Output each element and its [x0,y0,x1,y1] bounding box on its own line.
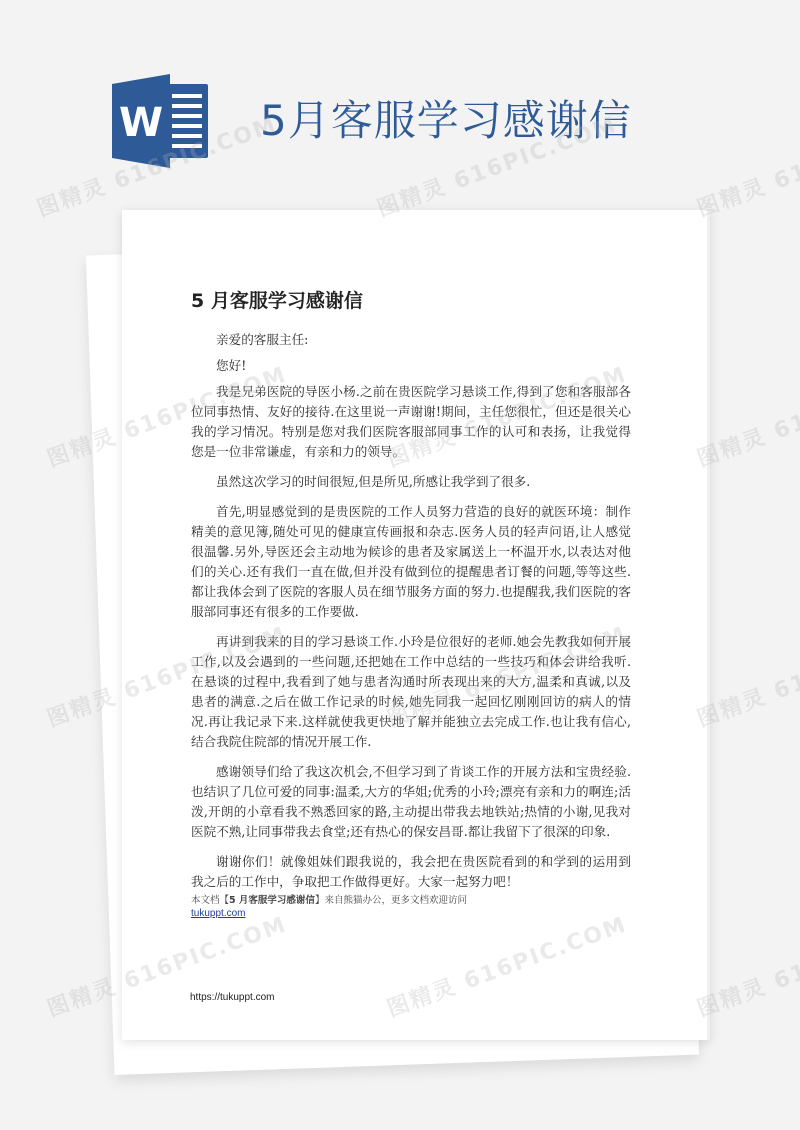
paragraph-purpose: 再讲到我来的目的学习悬谈工作.小玲是位很好的老师.她会先教我如何开展工作,以及会… [191,632,631,752]
svg-text:W: W [119,100,163,146]
paragraph-summary: 虽然这次学习的时间很短,但是所见,所感让我学到了很多. [191,472,631,492]
paragraph-intro: 我是兄弟医院的导医小杨.之前在贵医院学习悬谈工作,得到了您和客服部各位同事热情、… [191,382,631,462]
source-link[interactable]: tukuppt.com [191,907,631,920]
source-note: 本文档【5 月客服学习感谢信】来自熊猫办公，更多文档欢迎访问 tukuppt.c… [191,894,631,920]
source-note-suffix: 】来自熊猫办公，更多文档欢迎访问 [315,895,467,906]
page-footer-url: https://tukuppt.com [190,992,275,1003]
header-title: 5月客服学习感谢信 [260,88,632,148]
source-note-title: 5 月客服学习感谢信 [229,895,315,906]
paragraph-closing: 谢谢你们！就像姐妹们跟我说的，我会把在贵医院看到的和学到的运用到我之后的工作中，… [191,852,631,892]
header-banner: W 5月客服学习感谢信 [0,0,800,200]
document-page: 5 月客服学习感谢信 亲爱的客服主任: 您好! 我是兄弟医院的导医小杨.之前在贵… [122,210,710,1040]
greeting: 您好! [191,356,631,376]
paragraph-thanks-leaders: 感谢领导们给了我这次机会,不但学习到了肯谈工作的开展方法和宝贵经验.也结识了几位… [191,762,631,842]
source-note-prefix: 本文档【 [191,895,229,906]
word-document-icon: W [112,74,212,168]
salutation: 亲爱的客服主任: [191,330,631,350]
paragraph-environment: 首先,明显感觉到的是贵医院的工作人员努力营造的良好的就医环境：制作精美的意见簿,… [191,502,631,622]
document-title: 5 月客服学习感谢信 [191,286,363,313]
document-body: 亲爱的客服主任: 您好! 我是兄弟医院的导医小杨.之前在贵医院学习悬谈工作,得到… [191,330,631,920]
